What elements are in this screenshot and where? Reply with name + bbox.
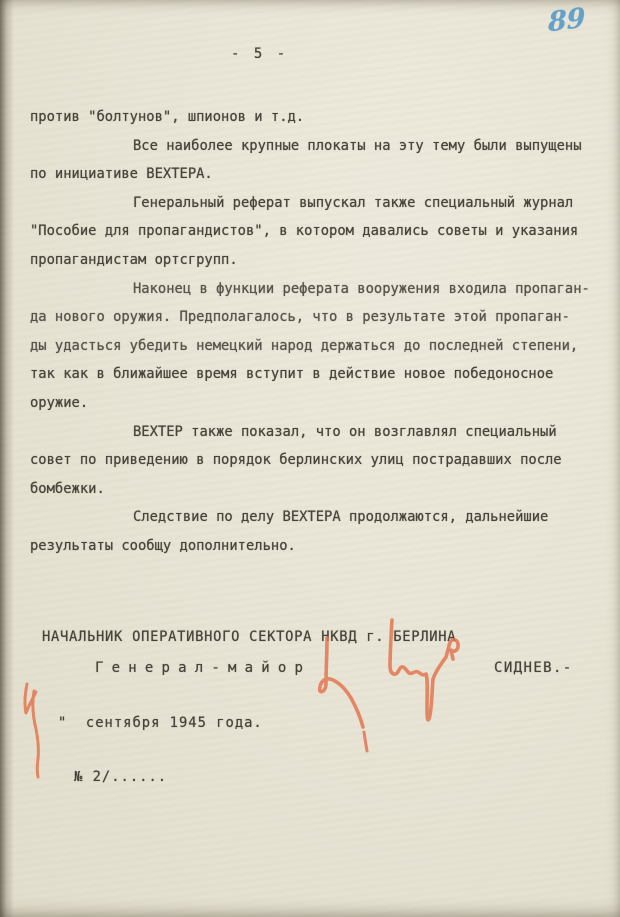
typed-line: пропагандистам ортсгрупп. [30,246,590,275]
signatory-position-line: НАЧАЛЬНИК ОПЕРАТИВНОГО СЕКТОРА НКВД г. Б… [42,629,456,645]
date-line: " сентября 1945 года. [58,715,263,731]
typed-line: оружие. [30,389,590,418]
typed-line: Генеральный реферат выпускал также специ… [30,189,590,218]
typed-line: так как в ближайшее время вступит в дейс… [30,360,590,389]
signatory-name: СИДНЕВ.- [494,660,573,676]
typed-line: бомбежки. [30,475,590,504]
typed-line: результаты сообщу дополнительно. [30,532,590,561]
typed-line: Все наиболее крупные плокаты на эту тему… [30,132,590,161]
page-number-header: - 5 - [231,46,288,62]
typed-line: ВЕХТЕР также показал, что он возглавлял … [30,418,590,447]
typed-line: да нового оружия. Предполагалось, что в … [30,303,590,332]
typed-line: совет по приведению в порядок берлинских… [30,446,590,475]
typed-line: Следствие по делу ВЕХТЕРА продолжаются, … [30,503,590,532]
typed-line: Наконец в функции реферата вооружения вх… [30,275,590,304]
handwritten-margin-mark [14,676,58,780]
typed-line: против "болтунов", шпионов и т.д. [30,103,590,132]
typed-line: "Пособие для пропагандистов", в котором … [30,217,590,246]
typed-line: ды удасться убедить немецкий народ держа… [30,332,590,361]
handwritten-folio-number: 89 [548,3,586,39]
typed-body: против "болтунов", шпионов и т.д. Все на… [30,103,590,561]
document-number-line: № 2/...... [74,769,167,785]
document-page: 89 - 5 - против "болтунов", шпионов и т.… [0,0,620,917]
signatory-rank: Генерал-майор [95,660,311,676]
scan-edge-shadow [0,0,14,917]
typed-line: по инициативе ВЕХТЕРА. [30,160,590,189]
